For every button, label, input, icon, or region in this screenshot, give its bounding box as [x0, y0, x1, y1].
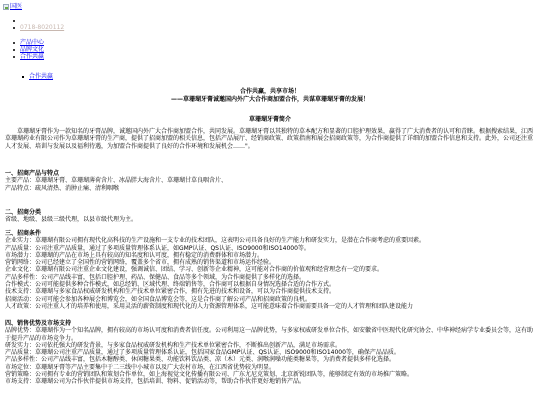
nav-link-products[interactable]: 产品中心 — [20, 39, 44, 46]
broken-image-icon — [3, 4, 9, 10]
phone-link[interactable]: 0718-8020112 — [20, 24, 64, 31]
intro-title: 草珊瑚牙膏简介 — [0, 116, 540, 123]
contact-item-phone: 0718-8020112 — [0, 24, 200, 31]
section-line: 企业实力：草珊瑚有限公司拥有现代化高科技的生产设施和一支专业的技术团队，这表明公… — [5, 237, 535, 244]
headline-line-2: ——草珊瑚牙膏诚邀国内外广大合作商加盟合作，共谋草珊瑚牙膏的发展！ — [0, 96, 540, 104]
section-line: 主要产品：草珊瑚牙膏、草珊瑚薄荷含片、冰晶胖大海含片、草珊瑚甘草良咽含片、 — [5, 177, 535, 184]
section-line: 产品特点：疏风清热、消肿止痛、清利咽喉 — [5, 185, 535, 192]
section-line: 招商活动：公司可能会参加各种展会和博览会，如全国食品博览会等，这是合作商了解公司… — [5, 296, 535, 303]
section-sales-advantages: 四、销售优势及市场支持 品牌优势：草珊瑚作为一个知名品牌，拥有较高的市场认可度和… — [5, 320, 535, 386]
intro-body: 草珊瑚牙膏作为一款知名的牙膏品牌，诚邀国内外广大合作商加盟合作，共同发展。草珊瑚… — [5, 128, 535, 150]
section-line: 技术支持：草珊瑚与多家食品权威研发机构和生产技术单位紧密合作，拥有先进的技术和设… — [5, 288, 535, 295]
section-line: 市场支持：草珊瑚公司为合作伙伴提供市场支持，包括培训、物料、促销活动等，帮助合作… — [5, 378, 535, 385]
nav-item-products: 产品中心 — [0, 39, 200, 46]
logo-link[interactable]: 国医 — [3, 3, 22, 10]
logo-alt-text: 国医 — [10, 3, 22, 10]
section-line: 产品多样性：公司产品线丰富，包括口腔护理、药品、保健品、食品等多个领域，为合作商… — [5, 274, 535, 281]
section-conditions: 三、招商条件 企业实力：草珊瑚有限公司拥有现代化高科技的生产设施和一支专业的技术… — [5, 230, 535, 310]
nav-link-brand-culture[interactable]: 品牌文化 — [20, 46, 44, 53]
section-line: 产品质量：公司注重产品质量，通过了多项质量管理体系认证，如GMP认证、QS认证、… — [5, 245, 535, 252]
section-line: 产品多样性：公司产品线丰富，包括木糖醇类、休闲糖果类、功能饮料饮品类、凉（木）元… — [5, 356, 535, 363]
section-line: 品牌优势：草珊瑚作为一个知名品牌，拥有较高的市场认可度和消费者信任度。公司利用这… — [5, 327, 535, 342]
contact-item-empty — [0, 17, 200, 24]
contact-list: 0718-8020112 — [0, 17, 200, 31]
section-line: 省级、地级、县级三级代理，以县市级代理为主。 — [5, 216, 535, 223]
section-line: 人才政策：公司注重人才的培养和使用，采用灵活的薪资制度和现代化的人力资源管理体系… — [5, 303, 535, 310]
headline: 合作共赢，共享市场！ ——草珊瑚牙膏诚邀国内外广大合作商加盟合作，共谋草珊瑚牙膏… — [0, 88, 540, 103]
nav-item-cooperation: 合作共赢 — [0, 53, 200, 60]
section-line: 企业文化：草珊瑚有限公司注重企业文化建设，强调诚信、团结、学习、创新等企业精神，… — [5, 266, 535, 273]
sub-nav: 合作共赢 — [0, 73, 200, 80]
headline-line-1: 合作共赢，共享市场！ — [0, 88, 540, 96]
subnav-link-cooperation[interactable]: 合作共赢 — [29, 73, 53, 80]
section-line: 市场定位：草珊瑚牙膏等产品主要集中于二三线中小城市以及广大农村市场，在江西省优势… — [5, 364, 535, 371]
nav-link-cooperation[interactable]: 合作共赢 — [20, 53, 44, 60]
subnav-item-cooperation: 合作共赢 — [0, 73, 200, 80]
nav-item-brand-culture: 品牌文化 — [0, 46, 200, 53]
section-categories: 二、招商分类 省级、地级、县级三级代理，以县市级代理为主。 — [5, 209, 535, 224]
section-products: 一、招商产品与特点 主要产品：草珊瑚牙膏、草珊瑚薄荷含片、冰晶胖大海含片、草珊瑚… — [5, 170, 535, 192]
main-nav: 产品中心 品牌文化 合作共赢 — [0, 39, 200, 60]
